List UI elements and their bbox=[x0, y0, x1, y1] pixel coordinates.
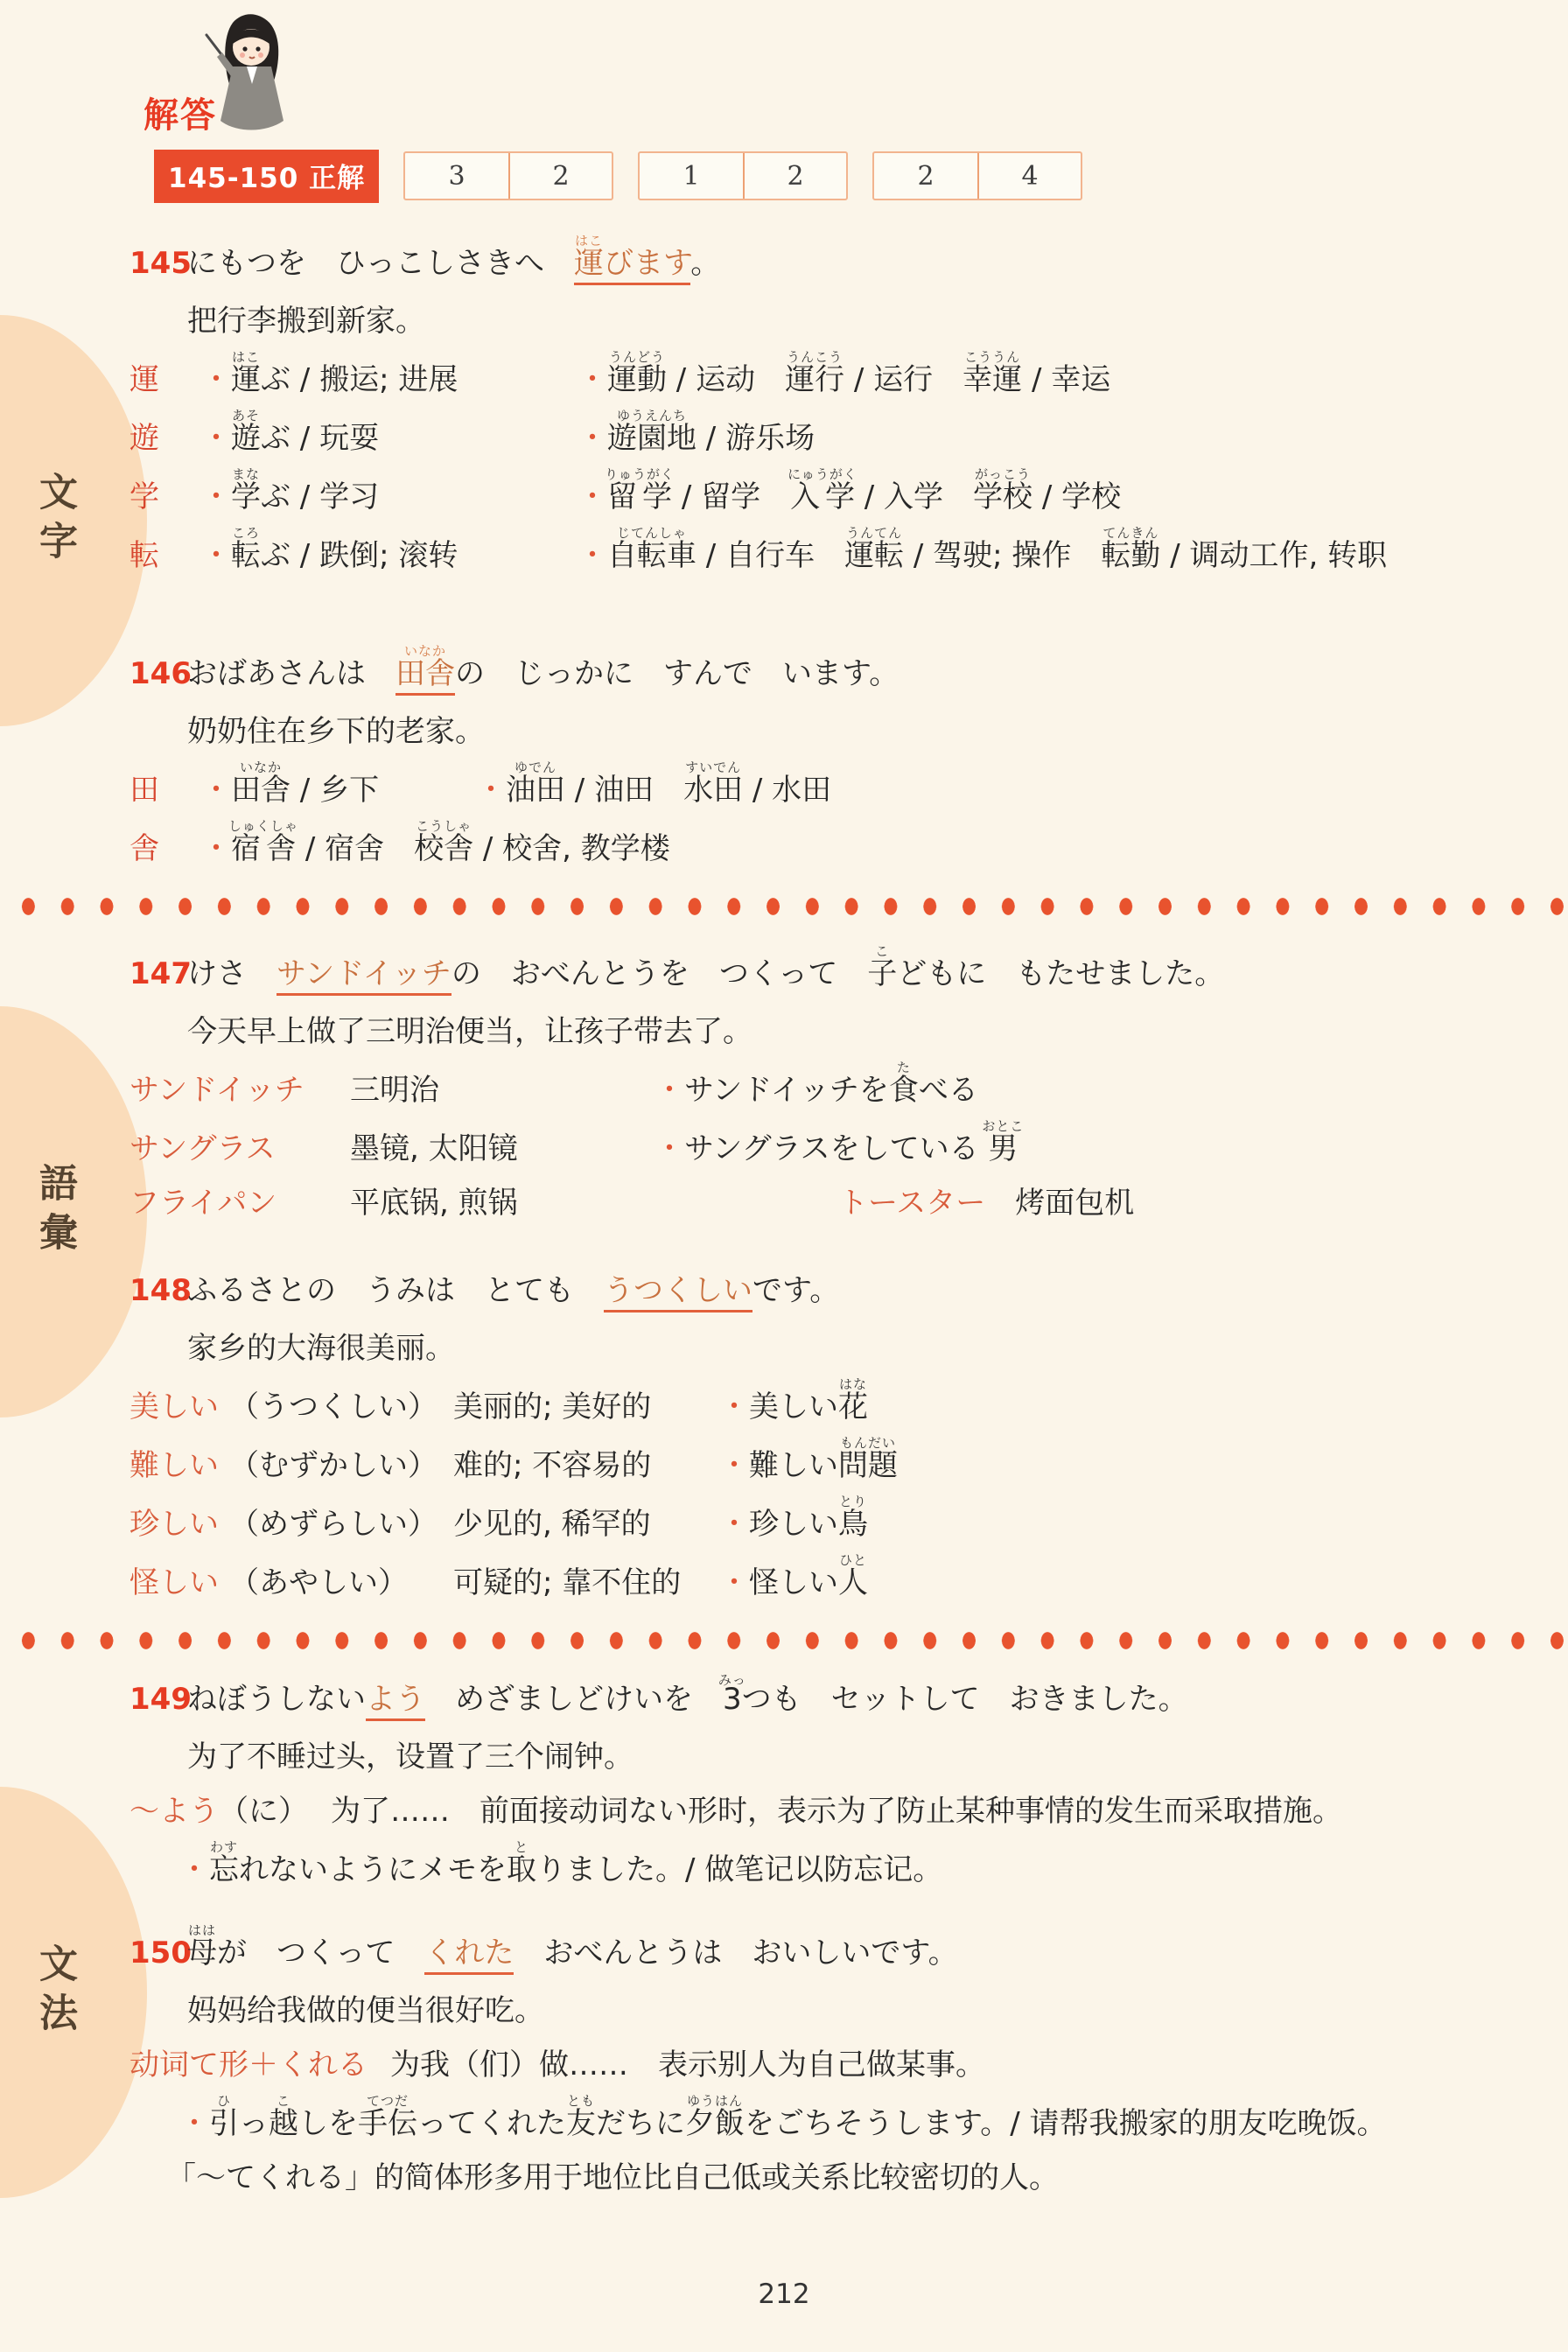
adjective-gloss: 难的; 不容易的 bbox=[453, 1439, 719, 1492]
answer-box-150: 4 bbox=[977, 153, 1081, 199]
adjective-reading: （むずかしい） bbox=[229, 1439, 453, 1492]
adjective-word: 難しい bbox=[129, 1439, 229, 1492]
kanji-row-yuu: 遊 ・遊あそぶ / 玩耍 ・遊園地ゆうえんち / 游乐场 bbox=[129, 408, 1519, 465]
question-number: 145 bbox=[129, 237, 187, 290]
question-number: 146 bbox=[129, 647, 187, 700]
question-sentence: おばあさんは 田舎いなかの じっかに すんで います。 bbox=[187, 643, 899, 700]
question-number: 149 bbox=[129, 1673, 187, 1725]
adjective-word: 美しい bbox=[129, 1381, 229, 1433]
adjective-word: 珍しい bbox=[129, 1498, 229, 1550]
kanji-row-un: 運 ・運はこぶ / 搬运; 进展 ・運動うんどう / 运动 運行うんこう / 运… bbox=[129, 349, 1519, 406]
grammar-pattern-suffix: （に） bbox=[219, 1794, 308, 1829]
grammar-pattern-line: ～よう（に）为了…… 前面接动词ない形时，表示为了防止某种事情的发生而采取措施。 bbox=[129, 1785, 1519, 1837]
grammar-note: 「～てくれる」的简体形多用于地位比自己低或关系比较密切的人。 bbox=[166, 2152, 1519, 2204]
question-translation: 家乡的大海很美丽。 bbox=[187, 1322, 1519, 1375]
kanji-row-ta: 田 ・田舎いなか / 乡下 ・油田ゆでん / 油田 水田すいでん / 水田 bbox=[129, 759, 1519, 816]
vocab-gloss: 墨镜, 太阳镜 bbox=[350, 1123, 654, 1175]
kanji-head: 運 bbox=[129, 353, 201, 406]
question-number: 150 bbox=[129, 1927, 187, 1979]
example-sentence: ・忘わすれないようにメモを取とりました。/ 做笔记以防忘记。 bbox=[129, 1839, 1442, 1896]
answer-box-group-2: 1 2 bbox=[638, 151, 848, 200]
vocab-word: フライパン bbox=[129, 1177, 350, 1229]
adjective-row-utsukushii: 美しい （うつくしい） 美丽的; 美好的 ・美しい花はな bbox=[129, 1376, 1519, 1433]
vocab-example: ・サングラスをしている 男おとこ bbox=[654, 1118, 1024, 1175]
answer-box-148: 2 bbox=[743, 153, 846, 199]
page-header: 解答 bbox=[129, 0, 1519, 150]
question-translation: 妈妈给我做的便当很好吃。 bbox=[187, 1984, 1519, 2037]
answer-box-group-3: 2 4 bbox=[872, 151, 1082, 200]
grammar-pattern: ～よう bbox=[129, 1794, 219, 1829]
kanji-head: 学 bbox=[129, 471, 201, 523]
page-number: 212 bbox=[0, 2278, 1568, 2310]
page-content: 解答 145-150 正解 3 2 bbox=[0, 0, 1568, 2204]
dotted-divider bbox=[0, 896, 1568, 917]
vocab-word: サングラス bbox=[129, 1123, 350, 1175]
teacher-illustration bbox=[203, 9, 301, 150]
question-150: 150 母ははが つくって くれた おべんとうは おいしいです。 妈妈给我做的便… bbox=[129, 1922, 1519, 2204]
vocab-word: サンドイッチ bbox=[129, 1064, 350, 1116]
grammar-pattern-line: 动词て形＋くれる为我（们）做…… 表示别人为自己做某事。 bbox=[129, 2039, 1519, 2091]
question-147: 147 けさ サンドイッチの おべんとうを つくって 子こどもに もたせました。… bbox=[129, 943, 1519, 1229]
kanji-examples: ・運動うんどう / 运动 運行うんこう / 运行 幸運こううん / 幸运 bbox=[577, 349, 1110, 406]
adjective-example: ・珍しい鳥とり bbox=[719, 1494, 868, 1550]
kanji-examples: ・遊あそぶ / 玩耍 bbox=[201, 408, 577, 465]
adjective-word: 怪しい bbox=[129, 1557, 229, 1609]
adjective-gloss: 可疑的; 靠不住的 bbox=[453, 1557, 719, 1609]
dotted-divider bbox=[0, 1630, 1568, 1651]
answer-box-146: 2 bbox=[508, 153, 612, 199]
kanji-examples: ・自転車じてんしゃ / 自行车 運転うんてん / 驾驶; 操作 転勤てんきん /… bbox=[577, 525, 1387, 582]
kanji-examples: ・田舎いなか / 乡下 bbox=[201, 759, 476, 816]
adjective-reading: （あやしい） bbox=[229, 1557, 453, 1609]
question-number: 147 bbox=[129, 948, 187, 1000]
question-translation: 奶奶住在乡下的老家。 bbox=[187, 705, 1519, 758]
question-148: 148 ふるさとの うみは とても うつくしいです。 家乡的大海很美丽。 美しい… bbox=[129, 1264, 1519, 1609]
vocab-row-frypan: フライパン 平底锅, 煎锅 トースター 烤面包机 bbox=[129, 1177, 1519, 1229]
adjective-row-mezurashii: 珍しい （めずらしい） 少见的, 稀罕的 ・珍しい鳥とり bbox=[129, 1494, 1519, 1550]
question-sentence: ねぼうしないよう めざましどけいを 3みっつも セットして おきました。 bbox=[187, 1672, 1188, 1725]
kanji-head: 田 bbox=[129, 764, 201, 816]
question-sentence: 母ははが つくって くれた おべんとうは おいしいです。 bbox=[187, 1922, 958, 1979]
kanji-examples: ・転ころぶ / 跌倒; 滚转 bbox=[201, 525, 577, 582]
grammar-pattern: 动词て形＋くれる bbox=[129, 2047, 367, 2082]
example-sentence: ・引ひっ越こしを手伝てつだってくれた友ともだちに夕飯ゆうはんをごちそうします。/… bbox=[129, 2093, 1442, 2150]
answer-box-145: 3 bbox=[405, 153, 508, 199]
answer-range-label: 145-150 正解 bbox=[154, 150, 379, 203]
grammar-explanation: 为了…… 前面接动词ない形时，表示为了防止某种事情的发生而采取措施。 bbox=[331, 1794, 1342, 1829]
answer-box-149: 2 bbox=[874, 153, 977, 199]
kanji-examples: ・学まなぶ / 学习 bbox=[201, 466, 577, 523]
question-149: 149 ねぼうしないよう めざましどけいを 3みっつも セットして おきました。… bbox=[129, 1672, 1519, 1896]
kanji-row-gaku: 学 ・学まなぶ / 学习 ・留学りゅうがく / 留学 入学にゅうがく / 入学 … bbox=[129, 466, 1519, 523]
question-sentence: ふるさとの うみは とても うつくしいです。 bbox=[187, 1264, 839, 1317]
question-sentence: けさ サンドイッチの おべんとうを つくって 子こどもに もたせました。 bbox=[187, 943, 1224, 1000]
adjective-example: ・難しい問題もんだい bbox=[719, 1435, 898, 1492]
adjective-gloss: 美丽的; 美好的 bbox=[453, 1381, 719, 1433]
kanji-head: 遊 bbox=[129, 412, 201, 465]
question-sentence: にもつを ひっこしさきへ 運はこびます。 bbox=[187, 233, 720, 290]
adjective-reading: （うつくしい） bbox=[229, 1381, 453, 1433]
answer-box-147: 1 bbox=[640, 153, 743, 199]
kanji-examples: ・油田ゆでん / 油田 水田すいでん / 水田 bbox=[476, 759, 831, 816]
kanji-row-ten: 転 ・転ころぶ / 跌倒; 滚转 ・自転車じてんしゃ / 自行车 運転うんてん … bbox=[129, 525, 1519, 582]
adjective-row-muzukashii: 難しい （むずかしい） 难的; 不容易的 ・難しい問題もんだい bbox=[129, 1435, 1519, 1492]
kanji-examples: ・宿舎しゅくしゃ / 宿舍 校舎こうしゃ / 校舍, 教学楼 bbox=[201, 818, 1519, 875]
answer-bar: 145-150 正解 3 2 1 2 2 4 bbox=[154, 150, 1519, 201]
question-145: 145 にもつを ひっこしさきへ 運はこびます。 把行李搬到新家。 運 ・運はこ… bbox=[129, 233, 1519, 582]
vocab-row-sandwich: サンドイッチ 三明治 ・サンドイッチを食たべる bbox=[129, 1060, 1519, 1116]
adjective-example: ・美しい花はな bbox=[719, 1376, 868, 1433]
textbook-answer-page: 文字 語彙 文法 解答 145-150 正解 bbox=[0, 0, 1568, 2352]
vocab-example: ・サンドイッチを食たべる bbox=[654, 1060, 978, 1116]
vocab-gloss: 三明治 bbox=[350, 1064, 654, 1116]
adjective-gloss: 少见的, 稀罕的 bbox=[453, 1498, 719, 1550]
grammar-explanation: 为我（们）做…… 表示别人为自己做某事。 bbox=[390, 2047, 985, 2082]
kanji-examples: ・運はこぶ / 搬运; 进展 bbox=[201, 349, 577, 406]
vocab-gloss: 平底锅, 煎锅 bbox=[350, 1177, 654, 1229]
adjective-example: ・怪しい人ひと bbox=[719, 1552, 868, 1609]
kanji-head: 転 bbox=[129, 529, 201, 582]
kanji-examples: ・遊園地ゆうえんち / 游乐场 bbox=[577, 408, 815, 465]
kanji-row-sha: 舎 ・宿舎しゅくしゃ / 宿舍 校舎こうしゃ / 校舍, 教学楼 bbox=[129, 818, 1519, 875]
vocab-row-sunglasses: サングラス 墨镜, 太阳镜 ・サングラスをしている 男おとこ bbox=[129, 1118, 1519, 1175]
kanji-examples: ・留学りゅうがく / 留学 入学にゅうがく / 入学 学校がっこう / 学校 bbox=[577, 466, 1121, 523]
kanji-head: 舎 bbox=[129, 822, 201, 875]
question-146: 146 おばあさんは 田舎いなかの じっかに すんで います。 奶奶住在乡下的老… bbox=[129, 643, 1519, 875]
vocab-example: トースター 烤面包机 bbox=[654, 1177, 1134, 1229]
adjective-row-ayashii: 怪しい （あやしい） 可疑的; 靠不住的 ・怪しい人ひと bbox=[129, 1552, 1519, 1609]
answer-box-group-1: 3 2 bbox=[403, 151, 613, 200]
question-translation: 今天早上做了三明治便当，让孩子带去了。 bbox=[187, 1005, 1519, 1058]
question-number: 148 bbox=[129, 1264, 187, 1317]
question-translation: 把行李搬到新家。 bbox=[187, 295, 1519, 347]
adjective-reading: （めずらしい） bbox=[229, 1498, 453, 1550]
question-translation: 为了不睡过头，设置了三个闹钟。 bbox=[187, 1731, 1519, 1783]
